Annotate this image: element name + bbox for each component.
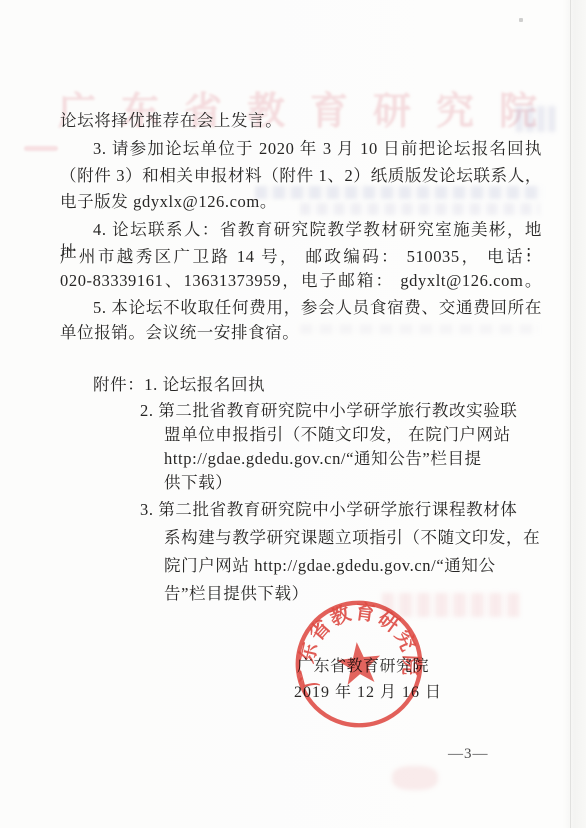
scanned-document-page: 广东省教育研究院 论坛将择优推荐在会上发言。 3. 请参加论坛单位于 2020 … (0, 0, 586, 828)
seal-star-icon (335, 640, 383, 686)
attachment-item-line: 2. 第二批省教育研究院中小学研学旅行教改实验联 (60, 400, 586, 422)
bleed-through-smudge (24, 146, 58, 151)
body-line: （附件 3）和相关申报材料（附件 1、2）纸质版发论坛联系人， (60, 165, 542, 187)
seal-graphic: 广东省教育研究院 (285, 590, 432, 737)
body-line: 广州市越秀区广卫路 14 号， 邮政编码： 510035， 电话： (60, 246, 542, 268)
bleed-through-smudge (392, 766, 438, 790)
official-seal: 广东省教育研究院 (285, 590, 432, 737)
attachment-item-line: 系构建与教学研究课题立项指引（不随文印发，在 (60, 527, 586, 549)
body-line: 5. 本论坛不收取任何费用，参会人员食宿费、交通费回所在 (60, 297, 542, 319)
attachment-item-line: 盟单位申报指引（不随文印发， 在院门户网站 (60, 424, 586, 446)
page-number: —3— (448, 746, 489, 763)
attachment-item-line: http://gdae.gdedu.gov.cn/“通知公告”栏目提 (60, 448, 586, 470)
body-line: 3. 请参加论坛单位于 2020 年 3 月 10 日前把论坛报名回执 (60, 138, 542, 160)
body-line: 020-83339161、13631373959，电子邮箱： gdyxlt@12… (60, 270, 542, 292)
body-line: 4. 论坛联系人：省教育研究院教学教材研究室施美彬，地址： (60, 219, 542, 241)
attachment-item-line: 3. 第二批省教育研究院中小学研学旅行课程教材体 (60, 499, 586, 521)
attachments-label-line: 附件：1. 论坛报名回执 (60, 374, 542, 396)
body-line: 电子版发 gdyxlx@126.com。 (60, 191, 542, 213)
attachment-item-line: 院门户网站 http://gdae.gdedu.gov.cn/“通知公 (60, 555, 586, 577)
body-line: 论坛将择优推荐在会上发言。 (60, 110, 542, 132)
scan-speck (519, 18, 523, 22)
body-line: 单位报销。会议统一安排食宿。 (60, 322, 542, 344)
attachment-item-line: 供下载） (60, 472, 586, 494)
